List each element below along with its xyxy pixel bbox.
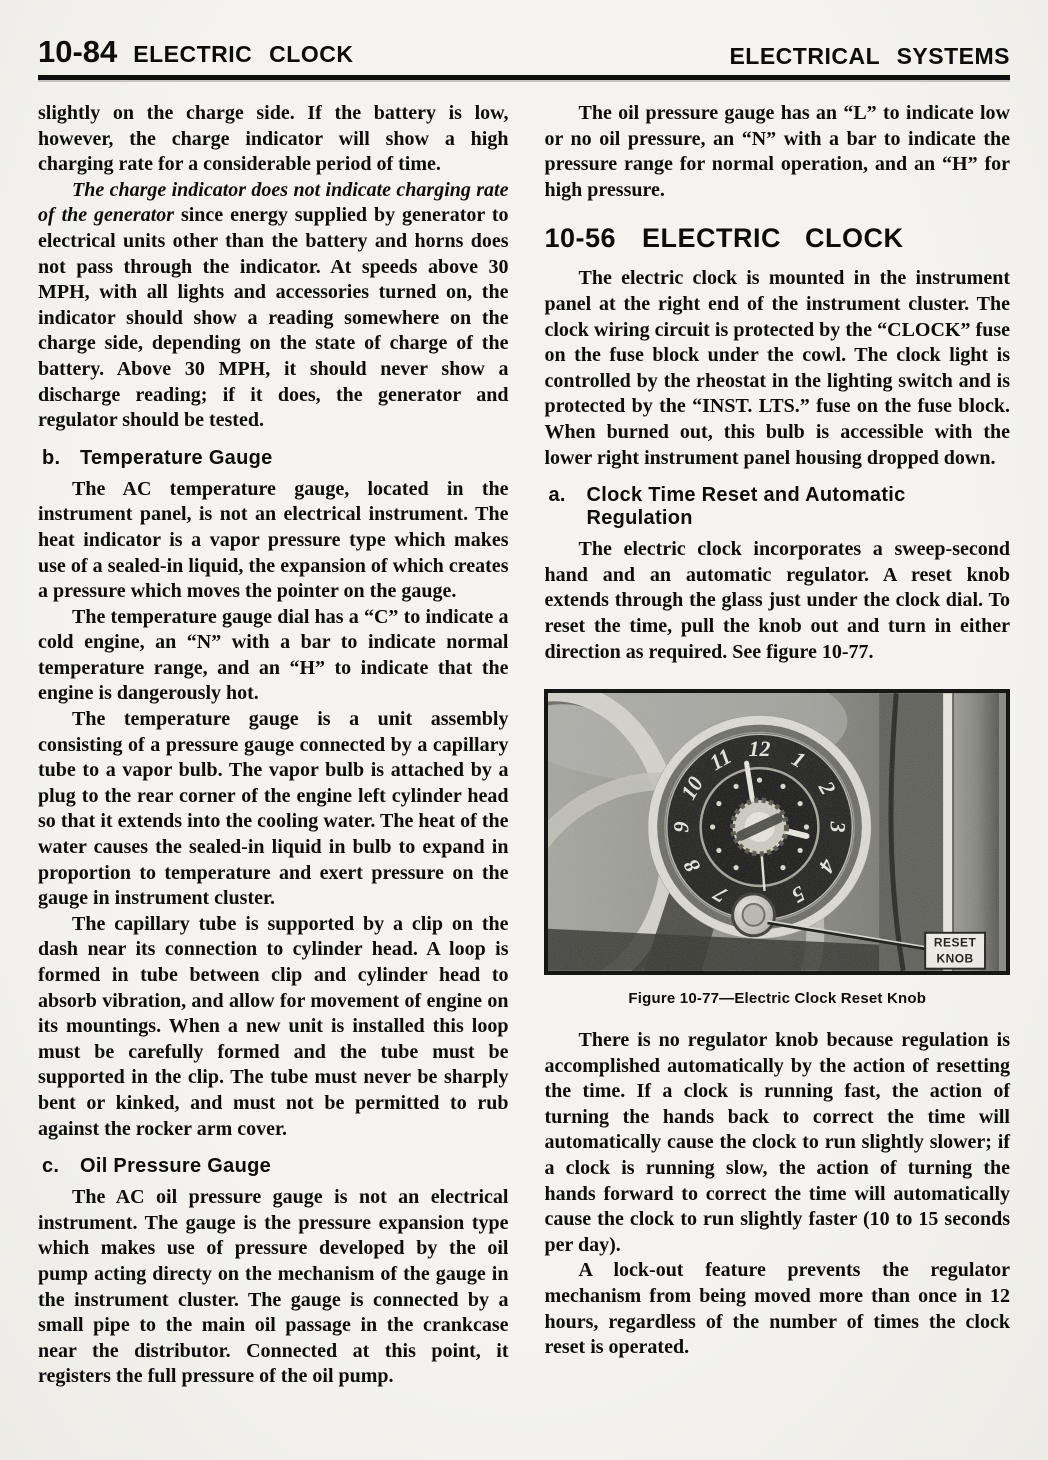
paragraph-temp-dial: The temperature gauge dial has a “C” to …	[38, 605, 508, 707]
paragraph-charge-continuation: slightly on the charge side. If the batt…	[38, 101, 508, 178]
two-column-body: slightly on the charge side. If the batt…	[38, 101, 1010, 1390]
paragraph-no-regulator-knob: There is no regulator knob because regul…	[544, 1028, 1010, 1258]
page-number: 10-84	[38, 34, 117, 69]
paragraph-charge-indicator: The charge indicator does not indicate c…	[38, 178, 508, 434]
heading-temperature-gauge: b. Temperature Gauge	[42, 447, 508, 470]
paragraph-lockout: A lock-out feature prevents the regulato…	[544, 1258, 1010, 1360]
clock-photo: 12123457891011	[544, 689, 1010, 975]
header-section-title: ELECTRIC CLOCK	[133, 41, 353, 67]
photo-grain	[548, 693, 999, 970]
figure-10-77: 12123457891011	[544, 689, 1010, 1007]
right-column: The oil pressure gauge has an “L” to ind…	[544, 101, 1010, 1390]
paragraph-oil-gauge: The AC oil pressure gauge is not an elec…	[38, 1185, 508, 1390]
paragraph-capillary-tube: The capillary tube is supported by a cli…	[38, 912, 508, 1142]
header-left: 10-84ELECTRIC CLOCK	[38, 34, 353, 70]
page-header: 10-84ELECTRIC CLOCK ELECTRICAL SYSTEMS	[38, 34, 1010, 70]
paragraph-unit-assembly: The temperature gauge is a unit assembly…	[38, 707, 508, 912]
figure-caption: Figure 10-77—Electric Clock Reset Knob	[544, 990, 1010, 1007]
heading-electric-clock: 10-56ELECTRIC CLOCK	[544, 223, 1010, 254]
paragraph-oil-letters: The oil pressure gauge has an “L” to ind…	[544, 101, 1010, 203]
header-chapter-title: ELECTRICAL SYSTEMS	[729, 43, 1010, 70]
paragraph-ac-temp: The AC temperature gauge, located in the…	[38, 477, 508, 605]
paragraph-clock-mounted: The electric clock is mounted in the ins…	[544, 266, 1010, 471]
heading-oil-pressure-gauge: c. Oil Pressure Gauge	[42, 1155, 508, 1178]
header-rule	[38, 75, 1010, 80]
left-column: slightly on the charge side. If the batt…	[38, 101, 508, 1390]
paragraph-sweep-second: The electric clock incorporates a sweep-…	[544, 537, 1010, 665]
manual-page: 10-84ELECTRIC CLOCK ELECTRICAL SYSTEMS s…	[0, 0, 1048, 1460]
heading-clock-time-reset: a. Clock Time Reset and AutomaticRegulat…	[548, 484, 1010, 530]
